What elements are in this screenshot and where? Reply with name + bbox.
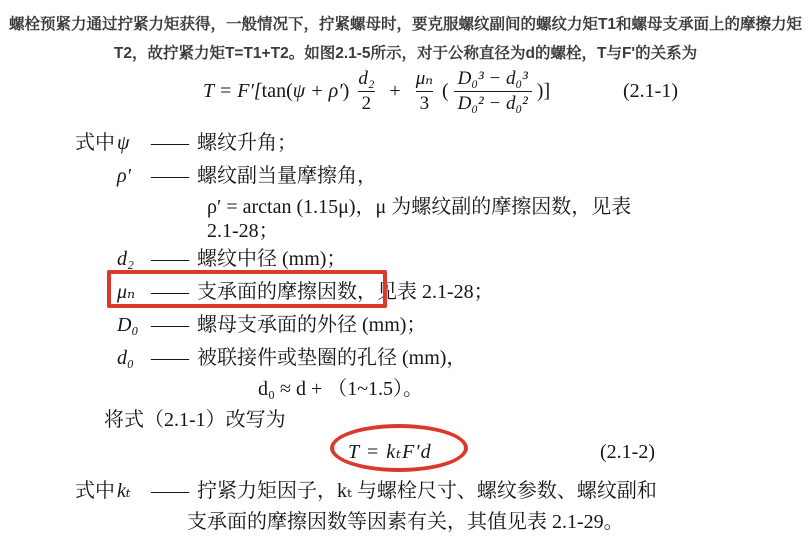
rewrite-sentence: 将式（2.1-1）改写为 <box>104 408 286 432</box>
eq1-plus-sign: + <box>389 80 400 103</box>
definition-row-psi: 式中 ψ —— 螺纹升角； <box>75 131 297 155</box>
definition-text-mu-n: 支承面的摩擦因数，见表 2.1-28； <box>197 280 494 304</box>
eq1-fraction-D0-d0: D₀³ − d₀³ D₀² − d₀² <box>454 68 532 115</box>
symbol-D0: D₀ <box>117 313 151 337</box>
eq1-angle-close: ) <box>343 80 350 103</box>
eq1-frac1-num: d₂ <box>354 68 378 91</box>
eq1-paren-open: ( <box>442 80 449 103</box>
definition-row-kt: 式中 kₜ —— 拧紧力矩因子，kₜ 与螺栓尺寸、螺纹参数、螺纹副和 <box>75 479 657 503</box>
eq1-frac2-den: 3 <box>416 91 434 115</box>
definition-dash: —— <box>151 164 197 188</box>
eq1-lhs: T = F′[ <box>203 80 262 103</box>
definition-row-mu-n: μₙ —— 支承面的摩擦因数，见表 2.1-28； <box>117 280 494 304</box>
definition-row-d0: d₀ —— 被联接件或垫圈的孔径 (mm)， <box>117 346 466 370</box>
definition-prefix: 式中 <box>75 479 117 503</box>
equation-number-2-1-1: (2.1-1) <box>623 80 678 103</box>
definition-row-D0: D₀ —— 螺母支承面的外径 (mm)； <box>117 313 426 337</box>
eq1-frac1-den: 2 <box>358 91 376 115</box>
eq1-closing-brackets: )] <box>537 80 550 103</box>
definition-dash: —— <box>151 247 197 271</box>
symbol-mu-n: μₙ <box>117 280 151 304</box>
definition-continuation-table-ref: 2.1-28； <box>207 219 279 243</box>
eq1-tan: tan( <box>262 80 293 103</box>
eq1-angle: ψ + ρ′ <box>293 80 343 103</box>
eq1-frac3-num: D₀³ − d₀³ <box>454 68 532 91</box>
definition-prefix: 式中 <box>75 131 117 155</box>
definition-text-d2: 螺纹中径 (mm)； <box>197 247 346 271</box>
symbol-d2: d₂ <box>117 247 151 271</box>
document-page: 螺栓预紧力通过拧紧力矩获得，一般情况下，拧紧螺母时，要克服螺纹副间的螺纹力矩T1… <box>0 0 811 536</box>
symbol-rho-prime: ρ′ <box>117 164 151 188</box>
symbol-d0: d₀ <box>117 346 151 370</box>
equation-2-1-2: T = kₜF′d <box>348 439 432 464</box>
definition-row-rho: ρ′ —— 螺纹副当量摩擦角， <box>117 164 377 188</box>
definition-dash: —— <box>151 313 197 337</box>
definition-text-D0: 螺母支承面的外径 (mm)； <box>197 313 426 337</box>
eq1-frac2-num: μₙ <box>412 68 437 91</box>
definition-dash: —— <box>151 131 197 155</box>
definition-text-psi: 螺纹升角； <box>197 131 297 155</box>
intro-line-1: 螺栓预紧力通过拧紧力矩获得，一般情况下，拧紧螺母时，要克服螺纹副间的螺纹力矩T1… <box>0 10 811 39</box>
equation-number-2-1-2: (2.1-2) <box>600 441 655 464</box>
definition-text-d0: 被联接件或垫圈的孔径 (mm)， <box>197 346 466 370</box>
definition-text-rho: 螺纹副当量摩擦角， <box>197 164 377 188</box>
definition-dash: —— <box>151 280 197 304</box>
definition-dash: —— <box>151 479 197 503</box>
symbol-kt: kₜ <box>117 479 151 503</box>
eq1-fraction-d2-over-2: d₂ 2 <box>354 68 378 115</box>
definition-continuation-d0-approx: d₀ ≈ d + （1~1.5）。 <box>258 377 423 401</box>
equation-2-1-1: T = F′[ tan( ψ + ρ′ ) d₂ 2 + μₙ 3 ( D₀³ … <box>203 64 550 118</box>
definition-continuation-arctan: ρ′ = arctan (1.15μ)，μ 为螺纹副的摩擦因数，见表 <box>207 195 631 219</box>
intro-paragraph: 螺栓预紧力通过拧紧力矩获得，一般情况下，拧紧螺母时，要克服螺纹副间的螺纹力矩T1… <box>0 10 811 68</box>
symbol-psi: ψ <box>117 131 151 155</box>
definition-text-kt-line2: 支承面的摩擦因数等因素有关，其值见表 2.1-29。 <box>187 510 624 534</box>
definition-text-kt: 拧紧力矩因子，kₜ 与螺栓尺寸、螺纹参数、螺纹副和 <box>197 479 657 503</box>
eq1-fraction-mu-over-3: μₙ 3 <box>412 68 437 115</box>
definition-dash: —— <box>151 346 197 370</box>
definition-row-d2: d₂ —— 螺纹中径 (mm)； <box>117 247 346 271</box>
eq1-frac3-den: D₀² − d₀² <box>454 91 532 115</box>
